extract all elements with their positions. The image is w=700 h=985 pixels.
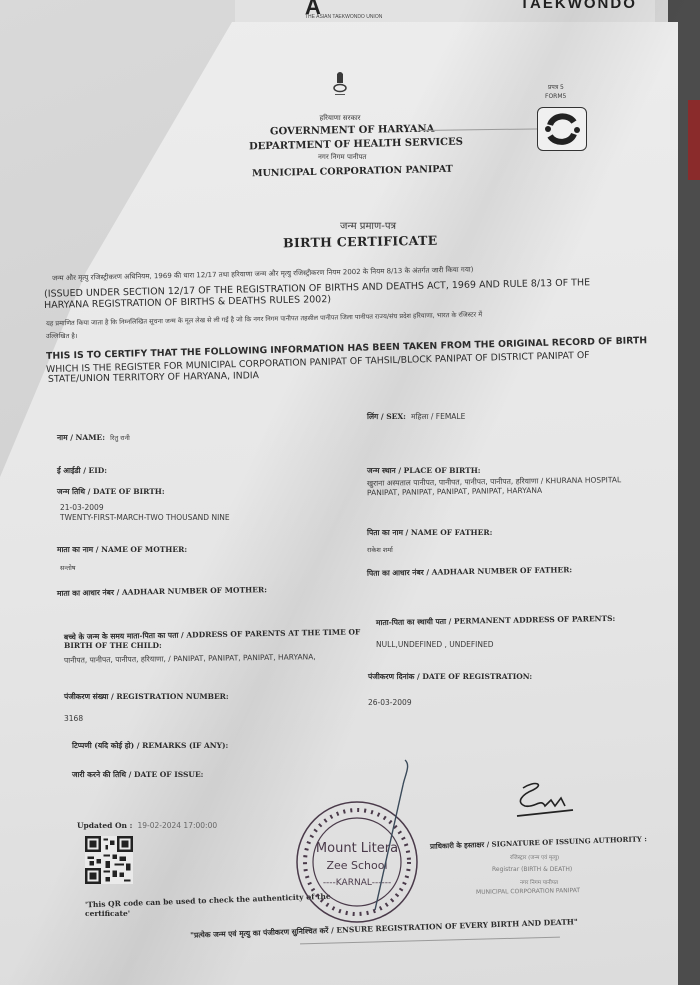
date-of-birth-label: जन्म तिथि / DATE OF BIRTH: <box>57 487 165 497</box>
name-label: नाम / NAME: <box>57 433 105 442</box>
authority-hindi-1: रजिस्ट्रार (जन्म एवं मृत्यु) <box>510 853 559 861</box>
registration-date-label: पंजीकरण दिनांक / DATE OF REGISTRATION: <box>368 672 532 682</box>
updated-on-label: Updated On : <box>77 821 132 830</box>
date-of-issue-label: जारी करने की तिथि / DATE OF ISSUE: <box>72 770 203 780</box>
banner-union-text: THE ASIAN TAEKWONDO UNION <box>305 14 382 20</box>
name-field: नाम / NAME: रितु रानी <box>57 425 130 444</box>
form-number-hindi: प्रपत्र 5 <box>548 83 564 91</box>
updated-on: Updated On : 19-02-2024 17:00:00 <box>77 813 217 832</box>
health-logo-icon <box>538 108 586 150</box>
eid-label: ई आईडी / EID: <box>57 466 107 475</box>
background-banner: A THE ASIAN TAEKWONDO UNION TAEKWONDO <box>235 0 655 22</box>
hindi-govt-heading: हरियाणा सरकार <box>319 114 360 123</box>
date-of-birth-words: TWENTY-FIRST-MARCH-TWO THOUSAND NINE <box>60 513 230 522</box>
mother-name-label: माता का नाम / NAME OF MOTHER: <box>57 545 187 555</box>
sex-label: लिंग / SEX: <box>367 412 406 421</box>
hindi-corp-heading: नगर निगम पानीपत <box>318 153 366 162</box>
name-value: रितु रानी <box>110 434 130 442</box>
permanent-address-value: NULL,UNDEFINED , UNDEFINED <box>376 640 494 649</box>
page-title: BIRTH CERTIFICATE <box>283 233 438 251</box>
banner-right-text: TAEKWONDO <box>520 0 637 12</box>
mother-name-value: सन्तोष <box>60 563 76 572</box>
father-name-label: पिता का नाम / NAME OF FATHER: <box>367 528 492 538</box>
registration-number-label: पंजीकरण संख्या / REGISTRATION NUMBER: <box>64 692 229 702</box>
updated-on-value: 19-02-2024 17:00:00 <box>137 821 217 830</box>
pen-check-mark <box>365 755 415 915</box>
form-number: FORM5 <box>545 93 566 100</box>
father-name-value: राकेश शर्मा <box>367 545 393 554</box>
remarks-label: टिप्पणी (यदि कोई हो) / REMARKS (IF ANY): <box>72 741 228 751</box>
red-object-edge <box>688 100 700 180</box>
authority-hindi-2: नगर निगम पानीपत <box>520 878 558 886</box>
place-of-birth-label: जन्म स्थान / PLACE OF BIRTH: <box>367 466 481 476</box>
title-hindi: जन्म प्रमाण-पत्र <box>340 218 396 232</box>
intro-hindi-line-3: उल्लिखित है। <box>46 331 77 340</box>
authority-line-1: Registrar (BIRTH & DEATH) <box>492 866 572 873</box>
date-of-birth-value: 21-03-2009 <box>60 503 104 512</box>
sex-field: लिंग / SEX: महिला / FEMALE <box>367 404 465 423</box>
registration-date-value: 26-03-2009 <box>368 698 412 707</box>
national-emblem-icon <box>332 72 348 100</box>
birth-address-label-2: BIRTH OF THE CHILD: <box>64 641 162 650</box>
registration-number-value: 3168 <box>64 714 83 723</box>
qr-code-icon[interactable] <box>85 836 133 884</box>
eid-field: ई आईडी / EID: <box>57 458 107 477</box>
health-logo <box>537 107 587 151</box>
sex-value: महिला / FEMALE <box>411 412 465 421</box>
signature-mark <box>505 780 585 820</box>
qr-note-line-2: certificate' <box>85 909 130 918</box>
